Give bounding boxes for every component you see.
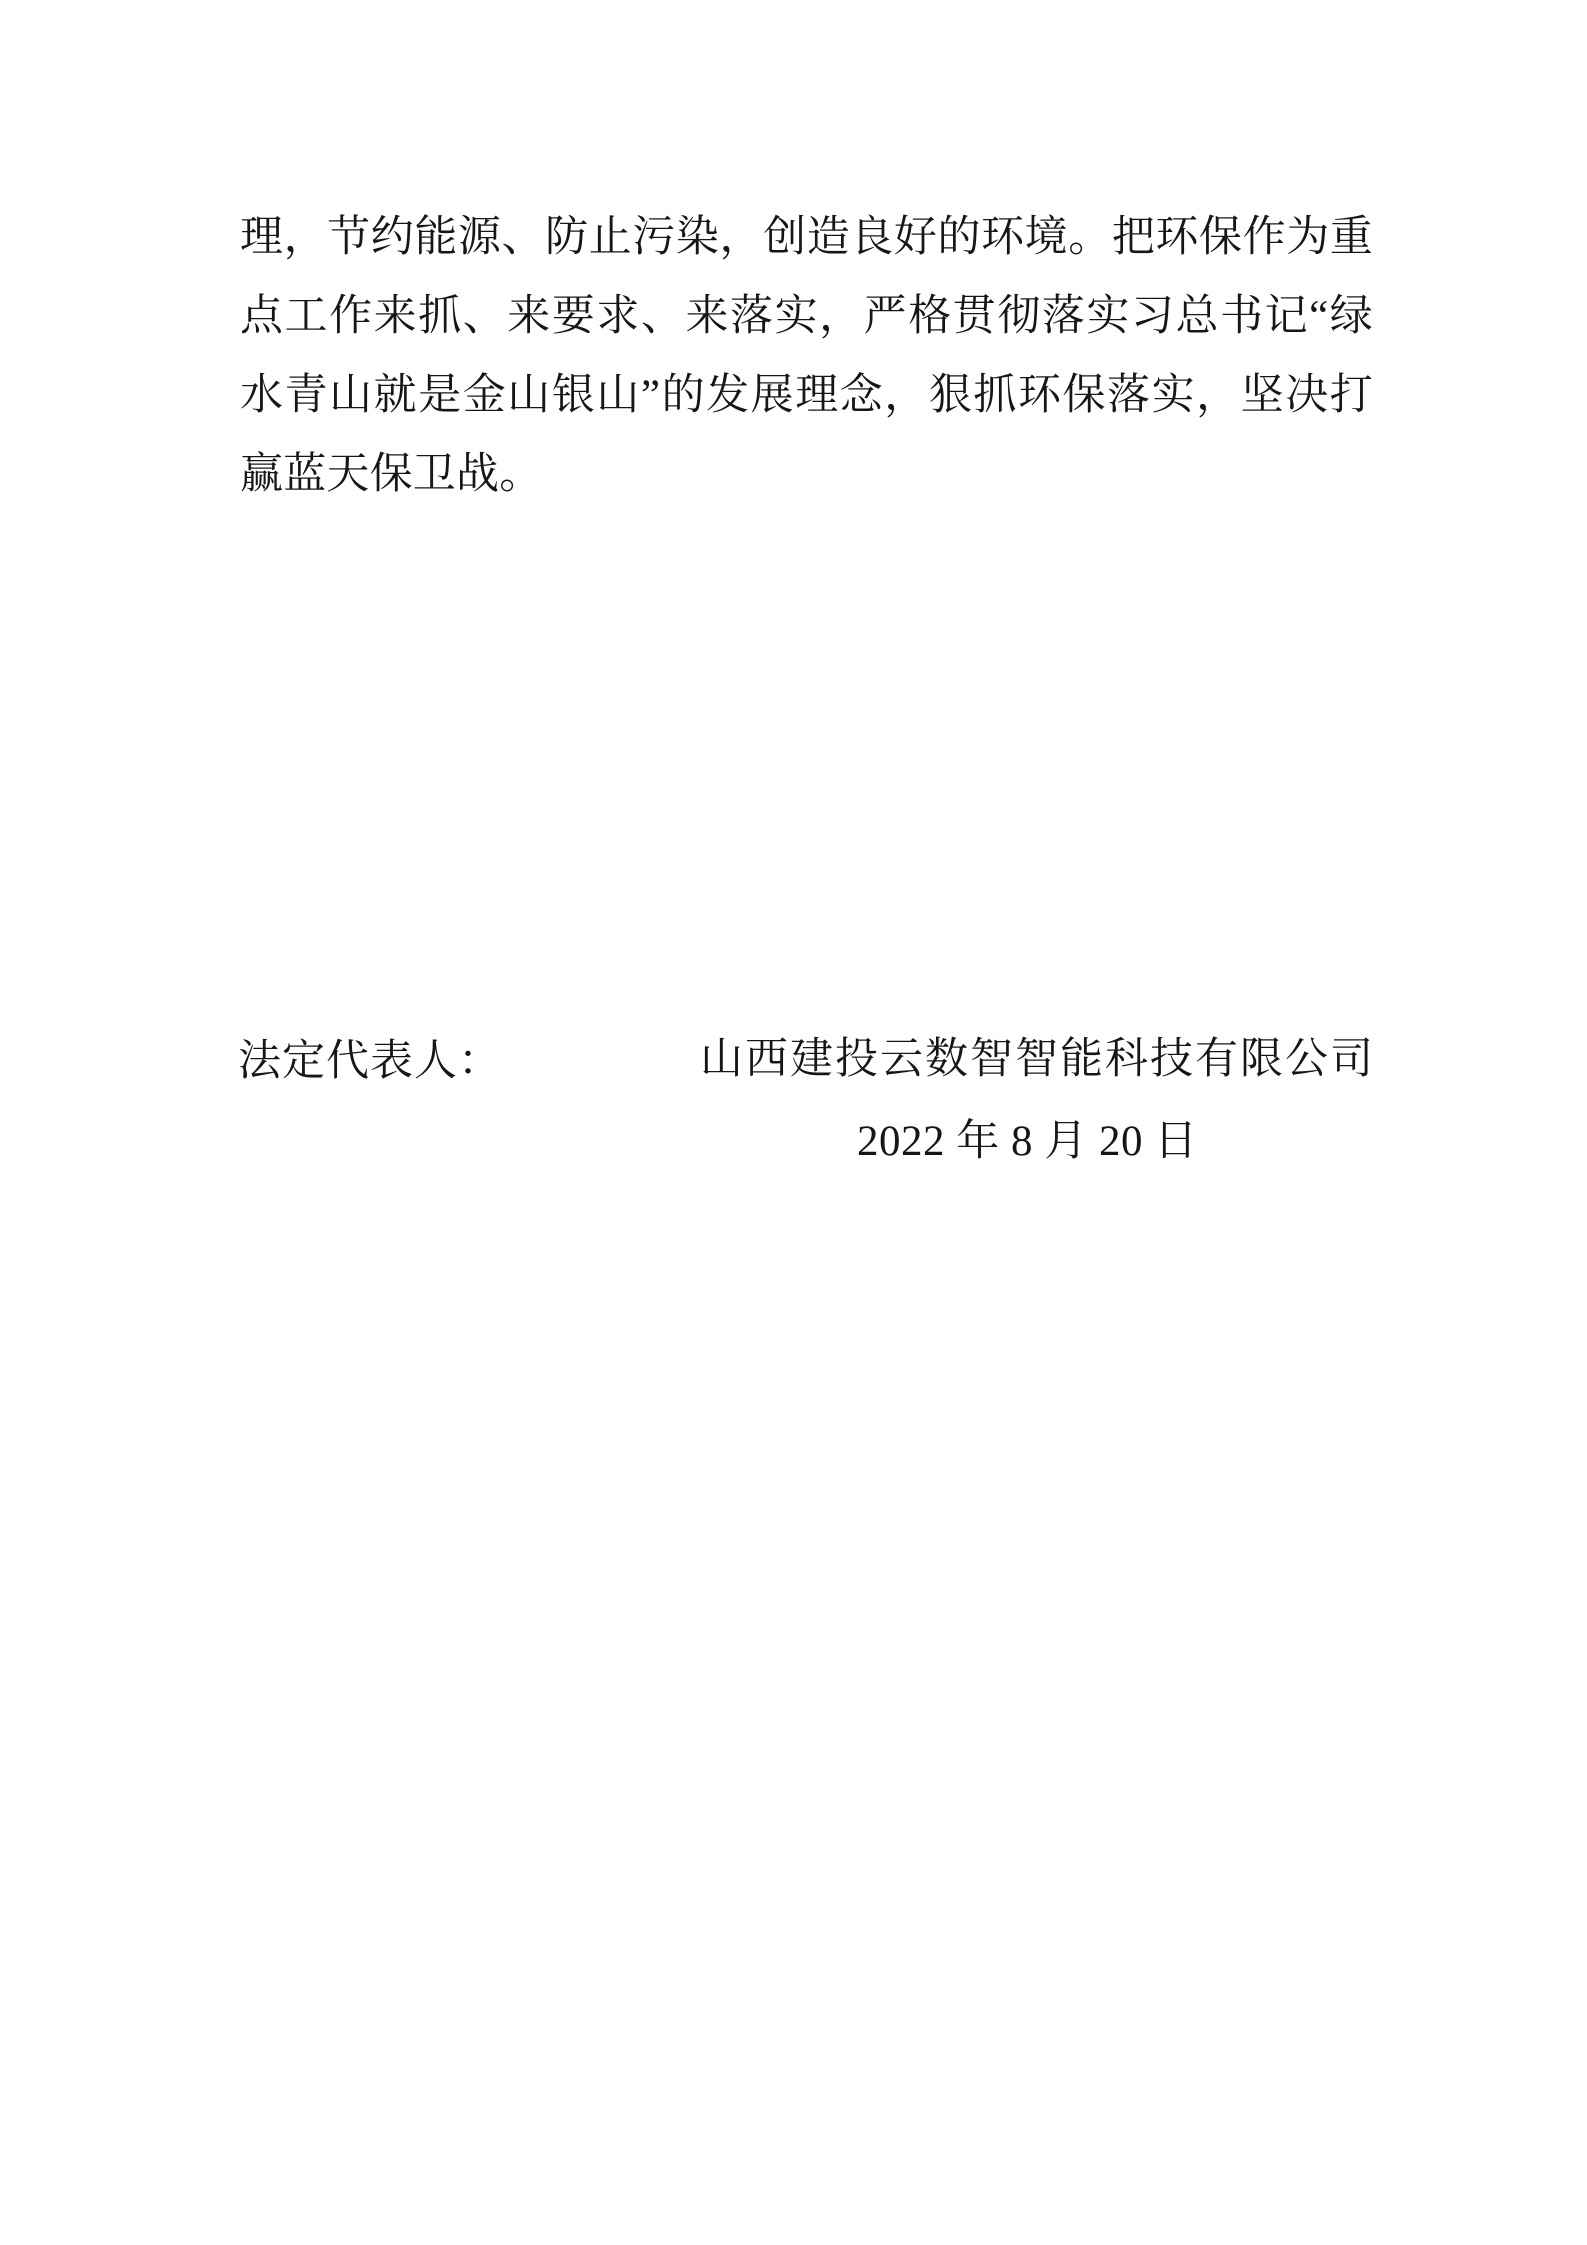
document-page: 理，节约能源、防止污染，创造良好的环境。把环保作为重 点工作来抓、来要求、来落实…	[0, 0, 1587, 2245]
paragraph-line: 水青山就是金山银山”的发展理念，狠抓环保落实，坚决打	[240, 356, 1373, 435]
body-paragraph: 理，节约能源、防止污染，创造良好的环境。把环保作为重 点工作来抓、来要求、来落实…	[240, 198, 1373, 514]
legal-representative-label: 法定代表人：	[238, 1038, 502, 1085]
paragraph-line: 理，节约能源、防止污染，创造良好的环境。把环保作为重	[240, 198, 1373, 277]
company-name: 山西建投云数智智能科技有限公司	[700, 1036, 1375, 1083]
paragraph-line: 赢蓝天保卫战。	[240, 435, 1373, 514]
paragraph-line: 点工作来抓、来要求、来落实，严格贯彻落实习总书记“绿	[240, 277, 1373, 356]
issue-date: 2022 年 8 月 20 日	[857, 1118, 1198, 1165]
